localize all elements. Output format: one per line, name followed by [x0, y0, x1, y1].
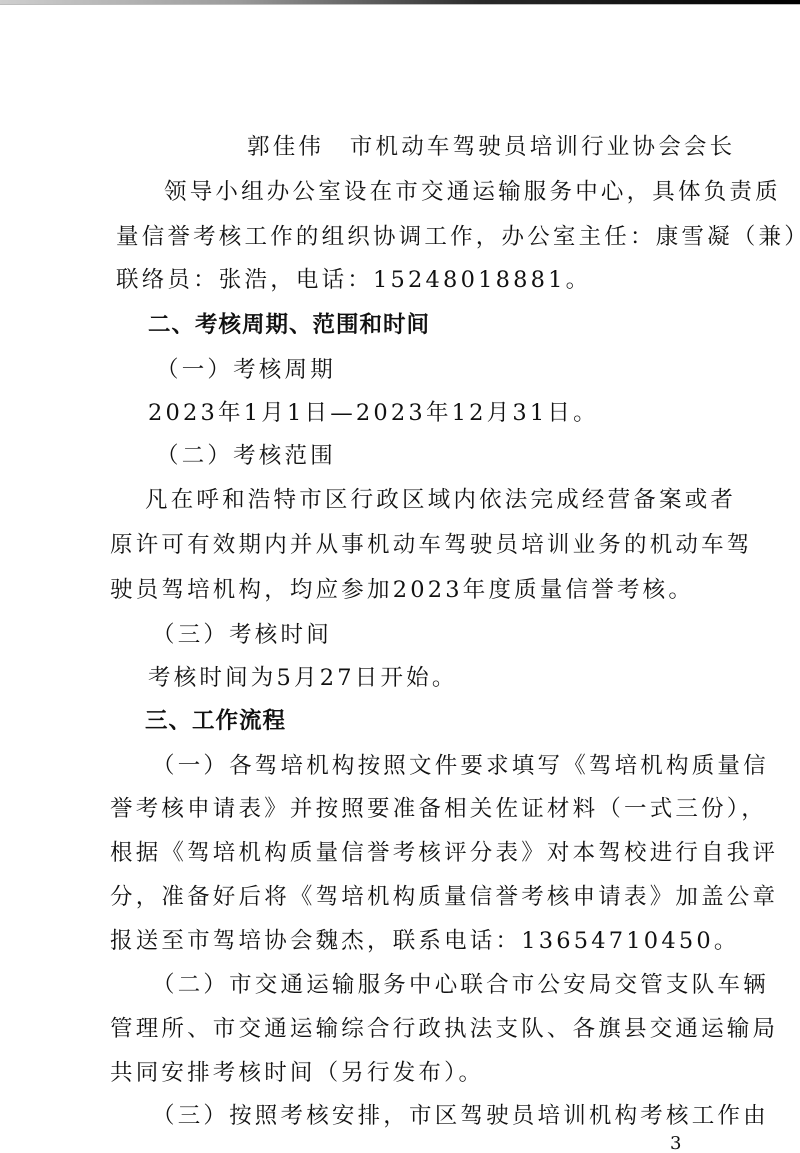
text-line: 根据《驾培机构质量信誉考核评分表》对本驾校进行自我评	[110, 838, 778, 868]
text-line: 量信誉考核工作的组织协调工作，办公室主任：康雪凝（兼），	[116, 222, 800, 252]
text-line: 领导小组办公室设在市交通运输服务中心，具体负责质	[164, 177, 781, 207]
text-line: （三）按照考核安排，市区驾驶员培训机构考核工作由	[152, 1101, 769, 1131]
text-line: （三）考核时间	[152, 620, 332, 650]
section-heading: 二、考核周期、范围和时间	[148, 310, 430, 340]
text-line: 分，准备好后将《驾培机构质量信誉考核申请表》加盖公章	[110, 882, 778, 912]
text-line: 共同安排考核时间（另行发布）。	[110, 1058, 484, 1088]
text-line: 管理所、市交通运输综合行政执法支队、各旗县交通运输局	[110, 1014, 778, 1044]
text-line: （一）考核周期	[156, 355, 336, 385]
text-line: （二）考核范围	[156, 441, 336, 471]
text-line: 2023年1月1日—2023年12月31日。	[148, 398, 599, 428]
text-line: 考核时间为5月27日开始。	[148, 663, 458, 693]
text-line: 联络员：张浩，电话：15248018881。	[116, 265, 591, 295]
text-line: 郭佳伟 市机动车驾驶员培训行业协会会长	[247, 132, 735, 162]
text-line: 驶员驾培机构，均应参加2023年度质量信誉考核。	[110, 575, 694, 605]
text-line: 誉考核申请表》并按照要准备相关佐证材料（一式三份），	[110, 794, 767, 824]
text-line: 原许可有效期内并从事机动车驾驶员培训业务的机动车驾	[110, 530, 753, 560]
scan-edge-line	[0, 4, 800, 5]
text-line: （一）各驾培机构按照文件要求填写《驾培机构质量信	[152, 751, 769, 781]
page-number: 3	[670, 1134, 681, 1153]
section-heading: 三、工作流程	[145, 706, 286, 736]
text-line: （二）市交通运输服务中心联合市公安局交管支队车辆	[152, 970, 769, 1000]
text-line: 报送至市驾培协会魏杰，联系电话：13654710450。	[110, 926, 740, 956]
text-line: 凡在呼和浩特市区行政区域内依法完成经营备案或者	[145, 485, 736, 515]
